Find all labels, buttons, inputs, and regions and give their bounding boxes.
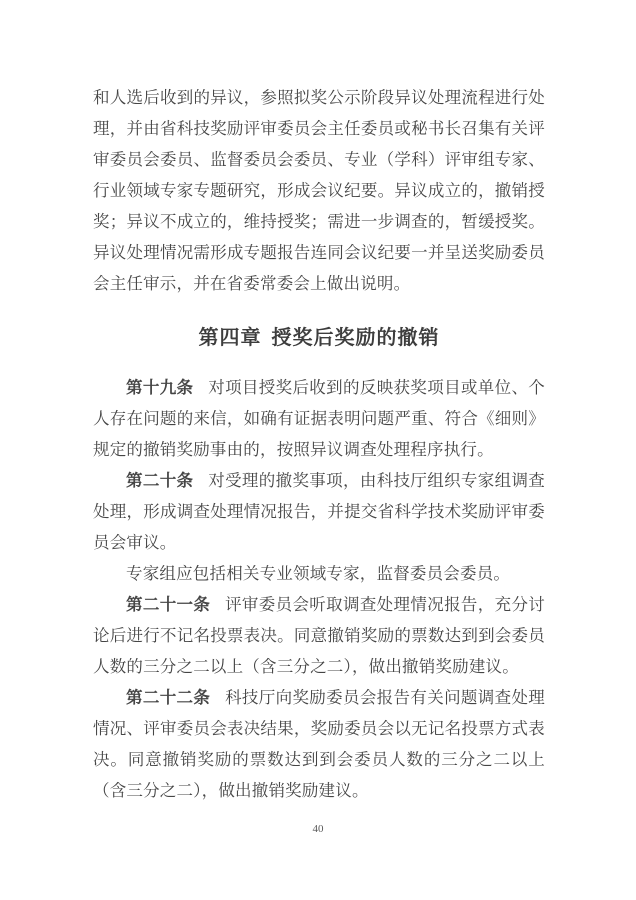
article-22-label: 第二十二条 [126,688,210,707]
article-21-label: 第二十一条 [126,595,210,614]
paragraph-article-21: 第二十一条评审委员会听取调查处理情况报告，充分讨论后进行不记名投票表决。同意撤销… [93,589,545,682]
document-page: 和人选后收到的异议，参照拟奖公示阶段异议处理流程进行处理，并由省科技奖励评审委员… [0,0,636,900]
paragraph-article-22: 第二十二条科技厅向奖励委员会报告有关问题调查处理情况、评审委员会表决结果，奖励委… [93,682,545,806]
paragraph-article-20: 第二十条对受理的撤奖事项，由科技厅组织专家组调查处理，形成调查处理情况报告，并提… [93,465,545,558]
chapter-title: 授奖后奖励的撤销 [272,327,440,349]
chapter-number: 第四章 [199,327,262,349]
chapter-heading: 第四章授奖后奖励的撤销 [93,323,545,354]
document-body: 和人选后收到的异议，参照拟奖公示阶段异议处理流程进行处理，并由省科技奖励评审委员… [93,82,545,806]
article-20-label: 第二十条 [126,471,193,490]
page-number: 40 [0,823,636,835]
paragraph-article-19: 第十九条对项目授奖后收到的反映获奖项目或单位、个人存在问题的来信，如确有证据表明… [93,372,545,465]
paragraph-expert-group: 专家组应包括相关专业领域专家，监督委员会委员。 [93,558,545,589]
paragraph-continuation: 和人选后收到的异议，参照拟奖公示阶段异议处理流程进行处理，并由省科技奖励评审委员… [93,82,545,299]
article-19-label: 第十九条 [126,378,193,397]
